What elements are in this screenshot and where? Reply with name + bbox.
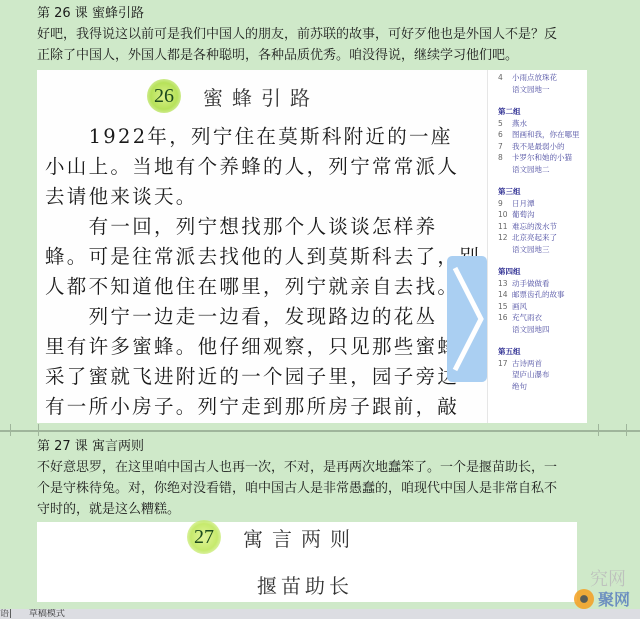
next-page-button[interactable] (447, 256, 487, 382)
text-line: 列宁一边走一边看，发现路边的花丛 (45, 302, 481, 332)
toc-item[interactable]: 10葡萄沟 (498, 209, 587, 221)
toc-group-title[interactable]: 第二组 (498, 106, 587, 118)
text-line: 去请他来谈天。 (45, 182, 481, 212)
eye-logo-icon (574, 589, 594, 609)
text-line: 人都不知道他住在哪里，列宁就亲自去找。 (45, 272, 481, 302)
toc-item[interactable]: 15画风 (498, 301, 587, 313)
toc-item[interactable]: 6图画和我，你在哪里 (498, 129, 587, 141)
toc-item[interactable]: 16充气雨衣 (498, 312, 587, 324)
toc-group-title[interactable]: 第三组 (498, 186, 587, 198)
status-bar: 语| 草稿模式 (0, 609, 640, 619)
toc-item[interactable]: 17古诗两首 (498, 358, 587, 370)
toc-item[interactable]: 9日月潭 (498, 198, 587, 210)
toc-item[interactable]: 13动手做做看 (498, 278, 587, 290)
lesson-title-text: 蜜蜂引路 (203, 82, 319, 111)
lesson-body: 1922年，列宁住在莫斯科附近的一座 小山上。当地有个养蜂的人，列宁常常派人 去… (45, 122, 481, 422)
page-corner-mark-left (10, 424, 39, 436)
watermark-text: 聚网 (598, 587, 630, 610)
story-title: 揠苗助长 (257, 570, 353, 599)
lesson-title: 27 寓言两则 (187, 522, 359, 552)
view-mode-label[interactable]: 草稿模式 (29, 609, 65, 619)
text-line: 1922年，列宁住在莫斯科附近的一座 (45, 122, 481, 152)
scanned-page: 26 蜜蜂引路 1922年，列宁住在莫斯科附近的一座 小山上。当地有个养蜂的人，… (37, 70, 487, 423)
toc-group-title[interactable]: 第四组 (498, 266, 587, 278)
textbook-page-image-27: 27 寓言两则 揠苗助长 (37, 522, 577, 602)
lesson-number-badge: 26 (147, 79, 181, 113)
text-line: 有一回，列宁想找那个人谈谈怎样养 (45, 212, 481, 242)
toc-item[interactable]: 语文园地四 (498, 324, 587, 336)
status-fragment: 语| (0, 609, 12, 619)
toc-item[interactable]: 绝句 (498, 381, 587, 393)
text-line: 小山上。当地有个养蜂的人，列宁常常派人 (45, 152, 481, 182)
lesson-27-heading: 第 27 课 寓言两则 (37, 436, 144, 457)
lesson-title-text: 寓言两则 (243, 523, 359, 552)
toc-item[interactable]: 4小雨点放珠花 (498, 72, 587, 84)
toc-item[interactable]: 语文园地三 (498, 244, 587, 256)
toc-item[interactable]: 语文园地一 (498, 84, 587, 96)
text-line: 蜂。可是往常派去找他的人到莫斯科去了，别 (45, 242, 481, 272)
comment-line: 正除了中国人，外国人都是各种聪明，各种品质优秀。咱没得说，继续学习他们吧。 (37, 45, 557, 66)
comment-line: 好吧，我得说这以前可是我们中国人的朋友，前苏联的故事，可好歹他也是外国人不是？反 (37, 24, 557, 45)
textbook-page-image-26: 26 蜜蜂引路 1922年，列宁住在莫斯科附近的一座 小山上。当地有个养蜂的人，… (37, 70, 587, 423)
site-watermark: 究网 聚网 (560, 565, 640, 619)
toc-item[interactable]: 8卡罗尔和她的小猫 (498, 152, 587, 164)
toc-item[interactable]: 望庐山瀑布 (498, 369, 587, 381)
toc-item[interactable]: 语文园地二 (498, 164, 587, 176)
lesson-26-heading: 第 26 课 蜜蜂引路 (37, 3, 144, 24)
comment-line: 个是守株待兔。对，你绝对没看错，咱中国古人是非常愚蠢的，咱现代中国人是非常自私不 (37, 478, 557, 499)
lesson-title: 26 蜜蜂引路 (147, 78, 319, 114)
page-break-divider (0, 430, 640, 432)
comment-line: 不好意思罗，在这里咱中国古人也再一次，不对，是再两次地蠢笨了。一个是揠苗助长，一 (37, 457, 557, 478)
lesson-27-comment: 不好意思罗，在这里咱中国古人也再一次，不对，是再两次地蠢笨了。一个是揠苗助长，一… (37, 457, 557, 520)
text-line: 采了蜜就飞进附近的一个园子里，园子旁边 (45, 362, 481, 392)
text-line: 里有许多蜜蜂。他仔细观察，只见那些蜜蜂 (45, 332, 481, 362)
text-line: 有一所小房子。列宁走到那所房子跟前，敲 (45, 392, 481, 422)
comment-line: 守时的，就是这么糟糕。 (37, 499, 557, 520)
table-of-contents: 4小雨点放珠花 语文园地一 第二组 5燕水 6图画和我，你在哪里 7我不是最弱小… (487, 70, 587, 423)
toc-item[interactable]: 7我不是最弱小的 (498, 141, 587, 153)
toc-item[interactable]: 11难忘的泼水节 (498, 221, 587, 233)
chevron-right-icon (447, 256, 487, 382)
page-corner-mark-right (598, 424, 627, 436)
toc-group-title[interactable]: 第五组 (498, 346, 587, 358)
lesson-26-comment: 好吧，我得说这以前可是我们中国人的朋友，前苏联的故事，可好歹他也是外国人不是？反… (37, 24, 557, 66)
toc-item[interactable]: 12北京亮起来了 (498, 232, 587, 244)
lesson-number-badge: 27 (187, 520, 221, 554)
toc-item[interactable]: 14邮票齿孔的故事 (498, 289, 587, 301)
toc-item[interactable]: 5燕水 (498, 118, 587, 130)
